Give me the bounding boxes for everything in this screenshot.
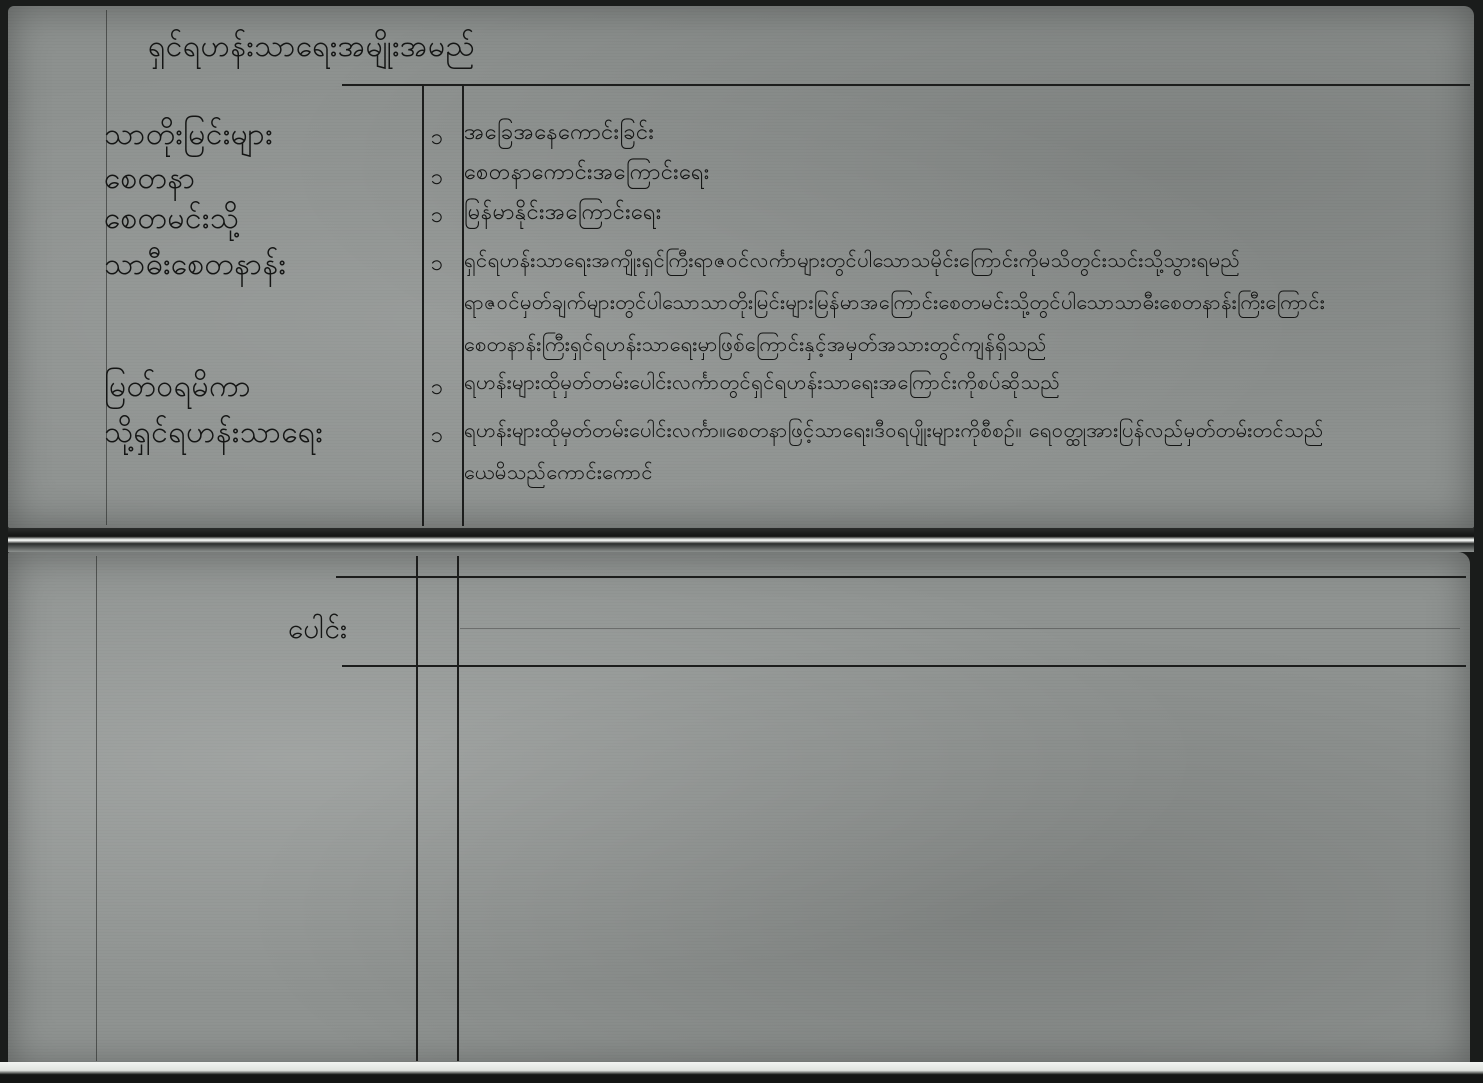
total-row-bottom-rule <box>342 665 1466 667</box>
row-count: ၁ <box>426 248 448 281</box>
total-row-top-rule <box>336 576 1466 578</box>
bottom-torn-edge <box>0 1062 1483 1083</box>
row-description-line: ရာဇဝင်မှတ်ချက်များတွင်ပါသောသာတိုးမြင်းမျ… <box>464 282 1464 323</box>
row-count: ၁ <box>426 372 448 405</box>
document-title: ရှင်ရဟန်းသာရေးအမျိုးအမည် <box>148 26 475 71</box>
row-label: သို့ရှင်ရဟန်းသာရေး <box>104 412 323 457</box>
row-count: ၁ <box>426 162 448 195</box>
bottom-count-column-left-rule <box>416 556 418 1061</box>
faint-guide-rule <box>460 628 1460 629</box>
row-count: ၁ <box>426 420 448 453</box>
row-description-line: ရှင်ရဟန်းသာရေးအကျိုးရှင်ကြီးရာဇဝင်လင်္ကာ… <box>464 240 1464 281</box>
bottom-left-margin-rule <box>96 556 97 1061</box>
bottom-count-column-right-rule <box>457 556 459 1061</box>
total-label: ပေါင်း <box>288 610 348 652</box>
row-label: သာဓီးစေတနာန်း <box>104 244 286 289</box>
row-description-line: စေတနာန်းကြီးရှင်ရဟန်းသာရေးမှာဖြစ်ကြောင်း… <box>464 324 1464 365</box>
row-label: စေတနာ <box>104 158 196 203</box>
row-description: ရဟန်းများထိုမှတ်တမ်းပေါင်းလင်္ကာတွင်ရှင်… <box>464 362 1464 403</box>
title-underline-rule <box>342 84 1470 86</box>
row-count: ၁ <box>426 122 448 155</box>
count-column-left-rule <box>422 86 424 526</box>
row-label: စေတမင်းသို့ <box>104 198 239 243</box>
row-label: သာတိုးမြင်းများ <box>104 114 273 159</box>
row-description: မြန်မာနိုင်းအကြောင်းရေး <box>464 192 1464 233</box>
fold-crease <box>8 528 1474 552</box>
row-count: ၁ <box>426 200 448 233</box>
row-description: စေတနာကောင်းအကြောင်းရေး <box>464 152 1464 193</box>
row-description-line: ယေမိသည်ကောင်းကောင် <box>464 452 1464 493</box>
row-label: မြတ်ဝရမိကာ <box>104 366 251 411</box>
manuscript-bottom-panel <box>8 552 1470 1068</box>
row-description: အခြေအနေကောင်းခြင်း <box>464 112 1464 153</box>
row-description-line: ရဟန်းများထိုမှတ်တမ်းပေါင်းလင်္ကာ။စေတနာဖြ… <box>464 410 1464 451</box>
